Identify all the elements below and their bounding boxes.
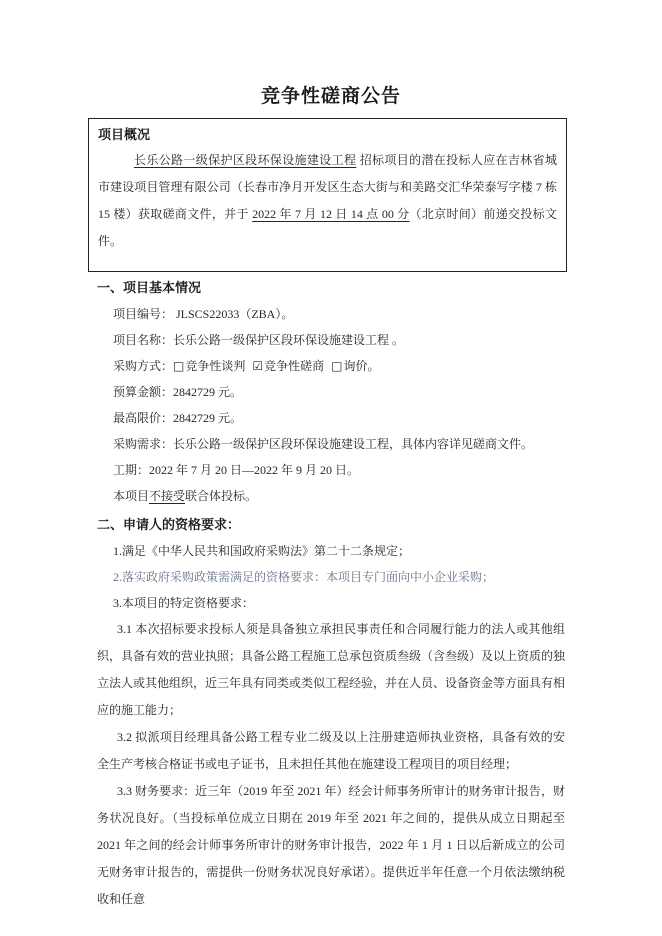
procurement-method-line: 采购方式：□竞争性谈判☑竞争性磋商□询价。 xyxy=(88,353,567,379)
overview-paragraph: 长乐公路一级保护区段环保设施建设工程 招标项目的潜在投标人应在吉林省城市建设项目… xyxy=(98,147,557,255)
checkbox-unchecked-icon: □ xyxy=(331,359,342,373)
document-page: 竞争性磋商公告 项目概况 长乐公路一级保护区段环保设施建设工程 招标项目的潜在投… xyxy=(0,0,662,936)
qualification-item-2-policy: 2.落实政府采购政策需满足的资格要求：本项目专门面向中小企业采购； xyxy=(88,564,567,590)
qualification-item-3-2: 3.2 拟派项目经理具备公路工程专业二级及以上注册建造师执业资格，具备有效的安全… xyxy=(88,724,567,778)
consortium-text-1: 本项目 xyxy=(113,489,149,503)
consortium-not-accept-underlined: 不接受 xyxy=(149,489,185,503)
qualification-item-3: 3.本项目的特定资格要求： xyxy=(88,590,567,616)
method-option-inquiry: 询价。 xyxy=(344,359,380,373)
checkbox-checked-icon: ☑ xyxy=(252,359,263,373)
document-title: 竞争性磋商公告 xyxy=(0,85,662,109)
project-name-line: 项目名称：长乐公路一级保护区段环保设施建设工程 。 xyxy=(88,327,567,353)
section2-heading: 二、申请人的资格要求： xyxy=(88,512,567,538)
document-content: 项目概况 长乐公路一级保护区段环保设施建设工程 招标项目的潜在投标人应在吉林省城… xyxy=(88,118,567,913)
qualification-item-1: 1.满足《中华人民共和国政府采购法》第二十二条规定； xyxy=(88,538,567,564)
max-price-line: 最高限价：2842729 元。 xyxy=(88,405,567,431)
requirement-line: 采购需求：长乐公路一级保护区段环保设施建设工程，具体内容详见磋商文件。 xyxy=(88,431,567,457)
budget-line: 预算金额：2842729 元。 xyxy=(88,379,567,405)
deadline-underlined: 2022 年 7 月 12 日 14 点 00 分 xyxy=(252,207,409,221)
method-option-negotiation: 竞争性谈判 xyxy=(185,359,245,373)
qualification-item-3-1: 3.1 本次招标要求投标人须是具备独立承担民事责任和合同履行能力的法人或其他组织… xyxy=(88,616,567,724)
consortium-text-2: 联合体投标。 xyxy=(185,489,257,503)
section1-heading: 一、项目基本情况 xyxy=(88,275,567,301)
project-number-line: 项目编号： JLSCS22033（ZBA）。 xyxy=(88,301,567,327)
project-name-underlined: 长乐公路一级保护区段环保设施建设工程 xyxy=(134,153,356,167)
project-overview-box: 项目概况 长乐公路一级保护区段环保设施建设工程 招标项目的潜在投标人应在吉林省城… xyxy=(88,118,567,272)
checkbox-unchecked-icon: □ xyxy=(173,359,184,373)
duration-line: 工期：2022 年 7 月 20 日—2022 年 9 月 20 日。 xyxy=(88,457,567,483)
method-option-consultation: 竞争性磋商 xyxy=(264,359,324,373)
qualification-item-3-3: 3.3 财务要求：近三年（2019 年至 2021 年）经会计师事务所审计的财务… xyxy=(88,778,567,913)
overview-heading: 项目概况 xyxy=(98,123,557,147)
consortium-line: 本项目不接受联合体投标。 xyxy=(88,483,567,509)
method-label: 采购方式： xyxy=(113,359,173,373)
